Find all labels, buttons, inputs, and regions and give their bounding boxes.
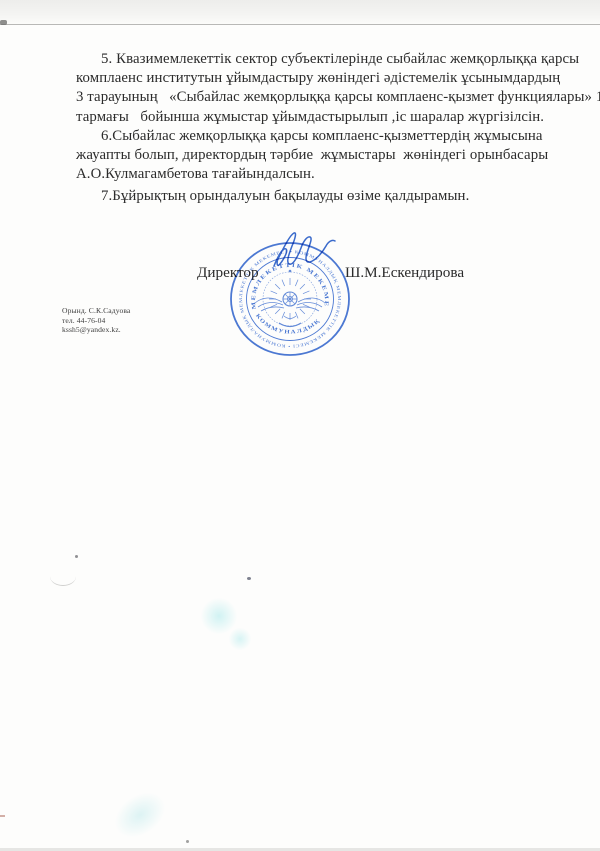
paragraph-6: 6.Сыбайлас жемқорлыққа қарсы комплаенс-қ… (76, 127, 590, 185)
scan-artifact (0, 815, 5, 817)
text-line: комплаенс институтын ұйымдастыру жөнінде… (76, 69, 590, 88)
executor-phone: тел. 44-76-04 (62, 316, 130, 326)
executor-email: kssh5@yandex.kz. (62, 325, 130, 335)
scan-edge-top (0, 0, 600, 25)
scan-artifact (186, 840, 189, 843)
text-line: жауапты болып, директордың тәрбие жұмыст… (76, 146, 590, 165)
text-line: 3 тарауының «Сыбайлас жемқорлыққа қарсы … (76, 88, 590, 107)
text-line: 7.Бұйрықтың орындалуын бақылауды өзіме қ… (76, 187, 590, 206)
text-line: 6.Сыбайлас жемқорлыққа қарсы комплаенс-қ… (76, 127, 590, 146)
paragraph-7: 7.Бұйрықтың орындалуын бақылауды өзіме қ… (76, 187, 590, 206)
scan-artifact (75, 555, 78, 558)
scan-artifact (200, 598, 238, 634)
text-line: 5. Квазимемлекеттік сектор субъектілерін… (76, 50, 590, 69)
scanned-document-page: 5. Квазимемлекеттік сектор субъектілерін… (0, 0, 600, 851)
scan-artifact (247, 577, 251, 580)
scan-artifact (50, 567, 76, 586)
text-line: А.О.Кулмагамбетова тағайындалсын. (76, 165, 590, 184)
document-body-text: 5. Квазимемлекеттік сектор субъектілерін… (76, 50, 590, 207)
executor-name: Орынд. С.К.Садуова (62, 306, 130, 316)
paragraph-5: 5. Квазимемлекеттік сектор субъектілерін… (76, 50, 590, 127)
text-line: тармағы бойынша жұмыстар ұйымдастырылып … (76, 108, 590, 127)
executor-contact-block: Орынд. С.К.Садуова тел. 44-76-04 kssh5@y… (62, 306, 130, 335)
handwritten-signature (266, 228, 350, 276)
scan-artifact (228, 628, 252, 650)
scan-artifact (103, 781, 176, 850)
director-name-label: Ш.М.Ескендирова (345, 264, 464, 282)
